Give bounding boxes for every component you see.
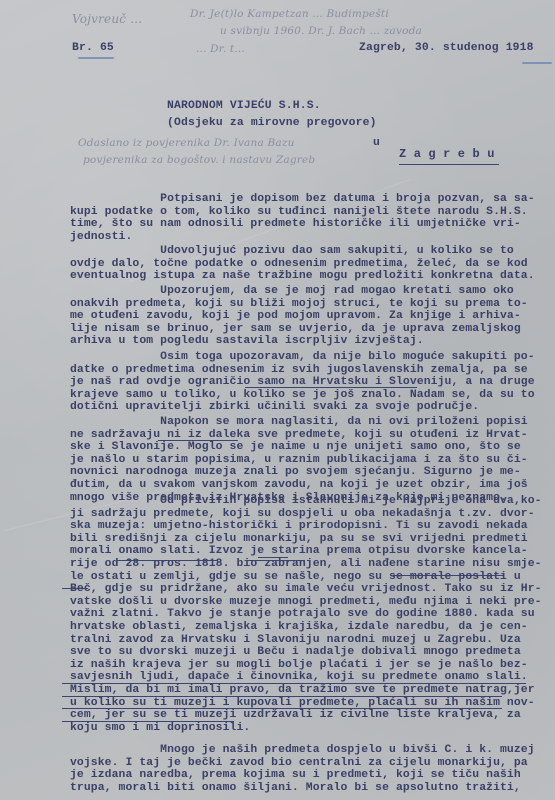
text-line: me otuđeni zavodu, koji je pod mojom upr… [70, 310, 540, 323]
text-line: Udovoljujuć pozivu dao sam sakupiti, u k… [70, 245, 540, 258]
text-line: vatske došli u dvorske muzeje mnogi pred… [70, 596, 540, 609]
underline-bec [62, 588, 88, 589]
handwritten-note-address-1: Odaslano iz povjerenika Dr. Ivana Bazu [78, 137, 295, 149]
handwritten-note-top-right-1: Dr. Je(t)lo Kampetzan ... Budimpešti [190, 8, 389, 20]
reference-number: Br. 65 [72, 42, 114, 55]
text-line: dotični upravitelji zbirki učinili svaki… [70, 401, 540, 414]
paragraph-2: Udovoljujuć pozivu dao sam sakupiti, u k… [70, 245, 540, 283]
text-line: cem, jer su se ti muzeji uzdržavali iz c… [70, 709, 540, 722]
handwritten-note-top-left: Vojvreuč ... [72, 12, 142, 26]
underline-morale-poslati [393, 575, 503, 576]
text-line: ovdje dalo, točne podatke o odnesenim pr… [70, 258, 540, 271]
underline-hrvatsku-sloveniju [245, 387, 417, 388]
handwritten-note-address-2: povjerenika za bogoštov. i nastavu Zagre… [83, 154, 315, 166]
blue-pencil-mark [522, 62, 552, 64]
text-line: ske i Slavonije. Moglo se je naime u nje… [70, 441, 540, 454]
paragraph-3: Upozorujem, da se je moj rad mogao kreta… [70, 285, 540, 348]
text-line: koju smo i mi doprinosili. [70, 722, 540, 735]
text-line: ska muzeja: umjetno-historički i prirodo… [70, 520, 540, 533]
text-line: kupi podatke o tom, koliko su tuđinci na… [70, 206, 540, 219]
text-line: je izdana naredba, prema kojima su i pre… [70, 769, 540, 782]
text-line: Osim toga upozoravam, da nije bilo moguć… [70, 351, 540, 364]
underline-demand-line-3 [62, 708, 502, 709]
underline-ni-iz-daleka [158, 440, 238, 441]
recipient-preposition: u [373, 137, 380, 150]
handwritten-note-top-right-2: u svibnju 1960. Dr. J. Bach ... zavoda [220, 25, 422, 37]
recipient-department: (Odsjeku za mirovne pregovore) [167, 117, 377, 130]
text-line: ne sadržavaju ni iz daleka sve predmete,… [70, 429, 540, 442]
underline-demand-line-2 [62, 696, 502, 697]
paragraph-5: Napokon se mora naglasiti, da ni ovi pri… [70, 416, 540, 504]
text-line: onakvih predmeta, koji su bliži mojoj st… [70, 298, 540, 311]
text-line: Potpisani je dopisom bez datuma i broja … [70, 193, 540, 206]
text-line: Napokon se mora naglasiti, da ni ovi pri… [70, 416, 540, 429]
text-line: Beč, gdje su pridržane, ako su imale već… [70, 583, 540, 596]
city-underline [399, 164, 499, 165]
paragraph-4: Osim toga upozoravam, da nije bilo moguć… [70, 351, 540, 414]
text-line: novnici narodnoga muzeja znali po svojem… [70, 466, 540, 479]
paragraph-1: Potpisani je dopisom bez datuma i broja … [70, 193, 540, 243]
underline-demand-line-1 [62, 683, 526, 684]
blue-pencil-mark [78, 57, 114, 59]
underline-demand-line-4 [62, 721, 234, 722]
text-line: lije nisam se brinuo, jer sam se uvjerio… [70, 323, 540, 336]
underline-zabranjen [245, 560, 305, 561]
recipient-city: Z a g r e b u [399, 148, 495, 161]
text-line: krajeve samo u toliko, u koliko se je jo… [70, 389, 540, 402]
paragraph-7: Mnogo je naših predmeta dospjelo u bivši… [70, 744, 540, 794]
text-line: je našlo u starim popisima, u raznim pub… [70, 454, 540, 467]
text-line: le ostati u zemlji, gdje su se našle, ne… [70, 571, 540, 584]
text-line: Upozorujem, da se je moj rad mogao kreta… [70, 285, 540, 298]
text-line: bili središnji za cijelu monarkiju, pa s… [70, 533, 540, 546]
text-line: Mislim, da bi mi imali pravo, da tražimo… [70, 684, 540, 697]
text-line: jednosti. [70, 231, 540, 244]
text-line: đutim, da u svakom vanjskom zavodu, na k… [70, 479, 540, 492]
underline-izvoz [258, 557, 288, 558]
text-line: važni zlatni. Takvo je stanje potrajalo … [70, 608, 540, 621]
text-line: arhiva u tom pogledu sastavila iscrpljiv… [70, 335, 540, 348]
text-line: datke o predmetima odnesenim iz svih jug… [70, 364, 540, 377]
text-line: hrvatske oblasti, zemaljska i krajiška, … [70, 621, 540, 634]
text-line: eventualnog istupa za naše tražbine mogu… [70, 270, 540, 283]
handwritten-note-top-right-3: ... Dr. t... [196, 43, 245, 55]
underline-date-1818 [117, 560, 217, 561]
text-line: morali onamo slati. Izvoz je starina pre… [70, 545, 540, 558]
text-line: sve to su dvorski muzeji u Beču i nadalj… [70, 646, 540, 659]
text-line: vojske. I taj je bečki zavod bio central… [70, 757, 540, 770]
text-line: iz naših krajeva jer su mogli bolje plać… [70, 659, 540, 672]
text-line: Mnogo je naših predmeta dospjelo u bivši… [70, 744, 540, 757]
text-line: tralni zavod za Hrvatsku i Slavoniju nar… [70, 634, 540, 647]
paragraph-6: Od priviтih popisa istaknuti mi je najpr… [70, 495, 540, 734]
text-line: trupa, morali biti onamo šiljani. Moralo… [70, 782, 540, 795]
text-line: time, što su nam odnosili predmete histo… [70, 218, 540, 231]
text-line: ji sadržaju predmete, koji su dospjeli u… [70, 508, 540, 521]
recipient-name: NARODNOM VIJEĆU S.H.S. [167, 100, 321, 113]
text-line: Od priviтih popisa istaknuti mi je najpr… [70, 495, 540, 508]
place-date: Zagreb, 30. studenog 1918 [359, 42, 534, 55]
